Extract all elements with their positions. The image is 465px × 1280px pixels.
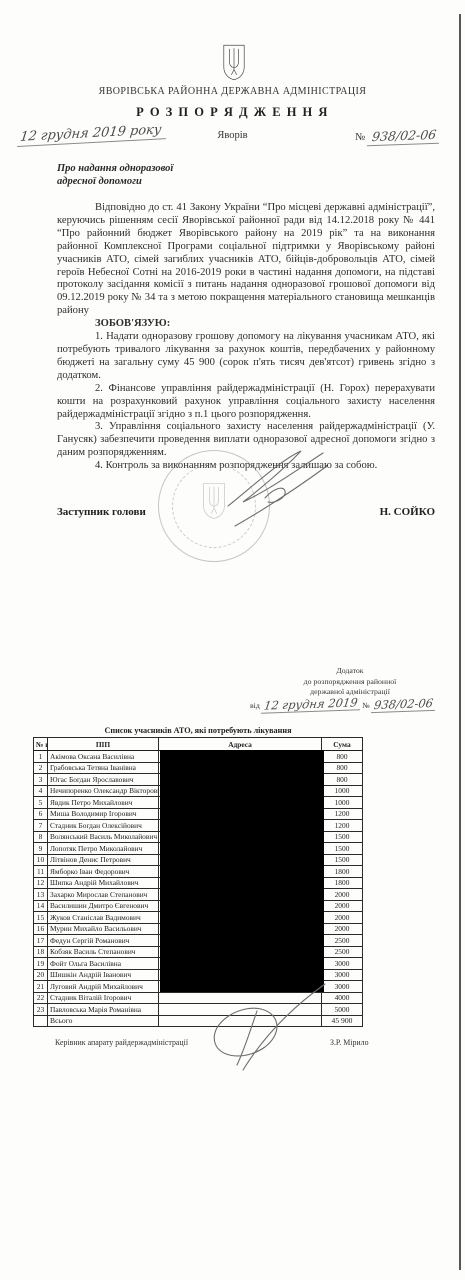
participant-name-cell: Жуков Станіслав Вадимович	[48, 912, 159, 924]
sum-cell: 800	[322, 751, 363, 763]
participant-name-cell: Шишкін Андрій Іванович	[48, 969, 159, 981]
row-number-cell: 5	[34, 797, 48, 809]
participant-name-cell: Миша Володимир Ігорович	[48, 808, 159, 820]
oblige-heading: ЗОБОВ'ЯЗУЮ:	[57, 318, 435, 331]
row-number-cell: 1	[34, 751, 48, 763]
sum-cell: 2000	[322, 889, 363, 901]
sum-cell: 3000	[322, 981, 363, 993]
row-number-cell: 14	[34, 900, 48, 912]
sum-cell: 1200	[322, 820, 363, 832]
row-number-cell: 16	[34, 923, 48, 935]
chief-of-staff-title: Керівник апарату райдержадміністрації	[55, 1038, 188, 1047]
header-address: Адреса	[159, 738, 322, 751]
deputy-name: Н. СОЙКО	[380, 506, 435, 518]
document-type-title: Р О З П О Р Я Д Ж Е Н Н Я	[0, 105, 465, 120]
order-item-2: 2. Фінансове управління райдержадміністр…	[57, 383, 435, 422]
subject-line-1: Про надання одноразової	[57, 162, 173, 175]
preamble-paragraph: Відповідно до ст. 41 Закону України “Про…	[57, 202, 435, 318]
chief-of-staff-signature-scribble	[185, 998, 345, 1078]
sum-cell: 2000	[322, 923, 363, 935]
participant-name-cell: Луговий Андрій Михайлович	[48, 981, 159, 993]
participant-name-cell: Лопотяк Петро Миколайович	[48, 843, 159, 855]
sum-cell: 2000	[322, 900, 363, 912]
handwritten-number: 938/02-06	[367, 127, 441, 147]
row-number-cell: 4	[34, 785, 48, 797]
row-number-cell: 11	[34, 866, 48, 878]
header-sum: Сума	[322, 738, 363, 751]
row-number-cell: 8	[34, 831, 48, 843]
annex-handwritten-number: 938/02-06	[371, 696, 437, 713]
annex-handwritten-date: 12 грудня 2019	[261, 695, 362, 714]
document-subject: Про надання одноразової адресної допомог…	[57, 162, 173, 188]
scanned-document-page: ЯВОРІВСЬКА РАЙОННА ДЕРЖАВНА АДМІНІСТРАЦІ…	[0, 0, 465, 1280]
redaction-box	[160, 750, 324, 992]
row-number-cell: 7	[34, 820, 48, 832]
sum-cell: 800	[322, 762, 363, 774]
sum-cell: 3000	[322, 958, 363, 970]
participant-name-cell: Мурин Михайло Васильович	[48, 923, 159, 935]
order-item-1: 1. Надати одноразову грошову допомогу на…	[57, 331, 435, 383]
document-number: № 938/02-06	[355, 128, 440, 145]
trident-emblem-icon	[221, 44, 247, 81]
table-header-row: № п/п ПІП Адреса Сума	[34, 738, 363, 751]
row-number-cell: 23	[34, 1004, 48, 1016]
header-row-number: № п/п	[34, 738, 48, 751]
row-number-cell: 3	[34, 774, 48, 786]
total-label-cell: Всього	[48, 1015, 159, 1027]
row-number-cell: 9	[34, 843, 48, 855]
participant-name-cell: Югас Богдан Ярославович	[48, 774, 159, 786]
participant-name-cell: Павловська Марія Романівна	[48, 1004, 159, 1016]
participant-name-cell: Явдик Петро Михайлович	[48, 797, 159, 809]
sum-cell: 1800	[322, 866, 363, 878]
scan-artifact-line	[459, 14, 461, 1270]
participant-name-cell: Волянський Василь Миколайович	[48, 831, 159, 843]
subject-line-2: адресної допомоги	[57, 175, 173, 188]
sum-cell: 1000	[322, 797, 363, 809]
sum-cell: 1500	[322, 831, 363, 843]
participant-name-cell: Фойт Ольга Василівна	[48, 958, 159, 970]
annex-from-label: від	[250, 701, 260, 710]
participant-name-cell: Акімова Оксана Василівна	[48, 751, 159, 763]
sum-cell: 800	[322, 774, 363, 786]
participant-name-cell: Кобзяк Василь Степанович	[48, 946, 159, 958]
row-number-cell: 13	[34, 889, 48, 901]
header-name: ПІП	[48, 738, 159, 751]
sum-cell: 1200	[322, 808, 363, 820]
row-number-cell: 22	[34, 992, 48, 1004]
row-number-cell: 18	[34, 946, 48, 958]
sum-cell: 2500	[322, 946, 363, 958]
sum-cell: 1000	[322, 785, 363, 797]
annex-date-line: від 12 грудня 2019 № 938/02-06	[250, 697, 460, 712]
row-number-cell: 20	[34, 969, 48, 981]
total-empty-cell	[34, 1015, 48, 1027]
sum-cell: 1500	[322, 843, 363, 855]
row-number-cell: 17	[34, 935, 48, 947]
deputy-title: Заступник голови	[57, 506, 146, 518]
participant-name-cell: Грабовська Тетяна Іванівна	[48, 762, 159, 774]
row-number-cell: 12	[34, 877, 48, 889]
deputy-signature-row: Заступник голови Н. СОЙКО	[57, 506, 435, 518]
participant-name-cell: Ямборко Іван Федорович	[48, 866, 159, 878]
row-number-cell: 2	[34, 762, 48, 774]
sum-cell: 2500	[322, 935, 363, 947]
row-number-cell: 15	[34, 912, 48, 924]
date-city-number-row: 12 грудня 2019 року Яворів № 938/02-06	[15, 126, 450, 148]
organization-name: ЯВОРІВСЬКА РАЙОННА ДЕРЖАВНА АДМІНІСТРАЦІ…	[0, 86, 465, 97]
row-number-cell: 6	[34, 808, 48, 820]
sum-cell: 1800	[322, 877, 363, 889]
participant-name-cell: Василишин Дмитро Євгенович	[48, 900, 159, 912]
row-number-cell: 10	[34, 854, 48, 866]
participant-name-cell: Стадник Богдан Олексійович	[48, 820, 159, 832]
participant-name-cell: Стадник Віталій Ігорович	[48, 992, 159, 1004]
document-body: Відповідно до ст. 41 Закону України “Про…	[57, 202, 435, 473]
annex-number-sign: №	[362, 701, 369, 710]
participant-name-cell: Шипка Андрій Михайлович	[48, 877, 159, 889]
deputy-signature-scribble	[223, 448, 333, 548]
participant-name-cell: Літвінов Денис Петрович	[48, 854, 159, 866]
row-number-cell: 21	[34, 981, 48, 993]
participant-name-cell: Захарко Мирослав Степанович	[48, 889, 159, 901]
annex-header: Додаток до розпорядження районної держав…	[252, 666, 448, 698]
annex-ref-line-1: до розпорядження районної	[252, 677, 448, 688]
number-sign: №	[355, 132, 365, 143]
participant-name-cell: Нечипоренко Олександр Вікторович	[48, 785, 159, 797]
chief-of-staff-name: З.Р. Мірило	[330, 1038, 369, 1047]
sum-cell: 2000	[322, 912, 363, 924]
table-title: Список учасників АТО, які потребують лік…	[33, 726, 363, 735]
sum-cell: 1500	[322, 854, 363, 866]
annex-label: Додаток	[252, 666, 448, 677]
sum-cell: 3000	[322, 969, 363, 981]
row-number-cell: 19	[34, 958, 48, 970]
participant-name-cell: Федун Сергій Романович	[48, 935, 159, 947]
